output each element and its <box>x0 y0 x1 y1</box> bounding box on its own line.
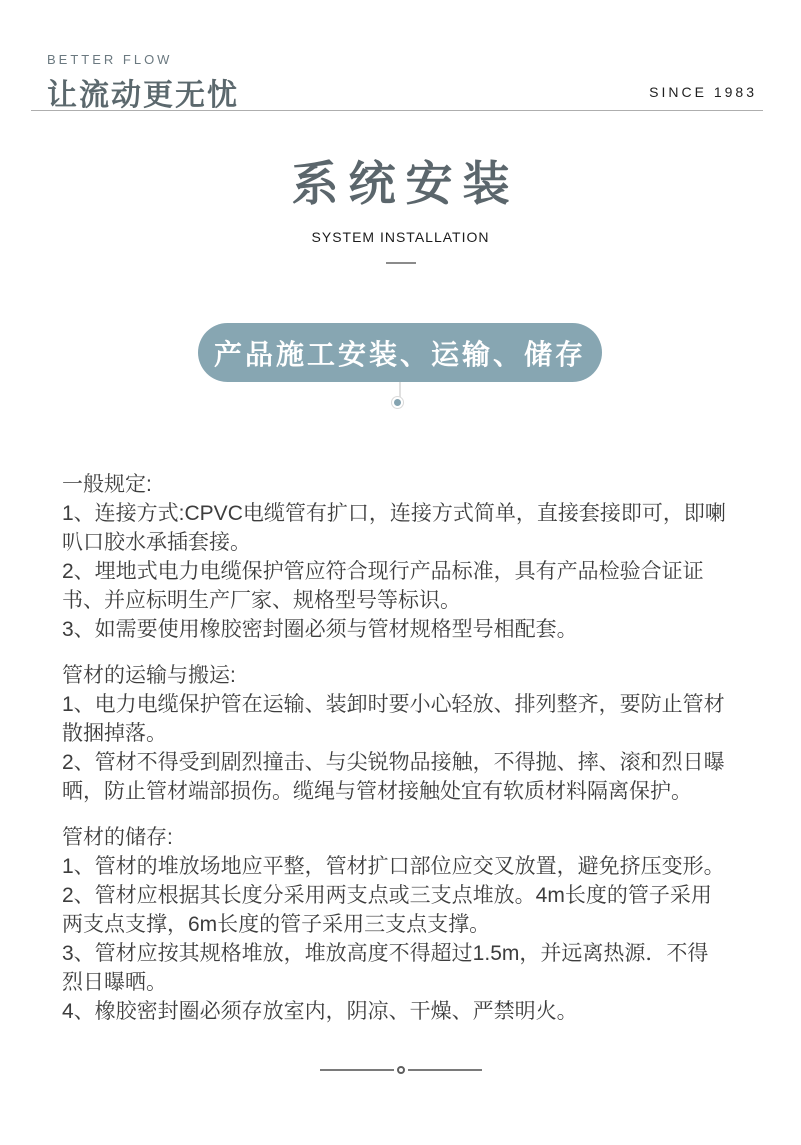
footer-line-right <box>408 1069 482 1071</box>
section-heading: 管材的运输与搬运: <box>62 661 752 690</box>
title-block: 系统安装 SYSTEM INSTALLATION <box>0 147 801 264</box>
section-storage: 管材的储存: 1、管材的堆放场地应平整，管材扩口部位应交叉放置，避免挤压变形。 … <box>62 823 752 1026</box>
section-heading: 管材的储存: <box>62 823 752 852</box>
brand-logo: BETTER FLOW 让流动更无忧 <box>47 52 239 114</box>
since-label: SINCE 1983 <box>649 84 757 100</box>
section-transport-handling: 管材的运输与搬运: 1、电力电缆保护管在运输、装卸时要小心轻放、排列整齐，要防止… <box>62 661 752 806</box>
banner-connector-line <box>399 382 401 398</box>
section-banner: 产品施工安装、运输、储存 <box>198 323 602 382</box>
section-heading: 一般规定: <box>62 470 752 499</box>
page-title: 系统安装 <box>0 147 801 214</box>
banner-connector-dot-icon <box>392 397 403 408</box>
page-subtitle: SYSTEM INSTALLATION <box>0 229 801 245</box>
header-divider <box>31 110 763 111</box>
title-dash-decoration <box>386 262 416 264</box>
footer-line-left <box>320 1069 394 1071</box>
brand-tagline: BETTER FLOW <box>47 52 239 67</box>
section-general-rules: 一般规定: 1、连接方式:CPVC电缆管有扩口，连接方式简单，直接套接即可，即喇… <box>62 470 752 644</box>
section-body: 1、电力电缆保护管在运输、装卸时要小心轻放、排列整齐，要防止管材 散捆掉落。 2… <box>62 690 752 806</box>
page: BETTER FLOW 让流动更无忧 SINCE 1983 系统安装 SYSTE… <box>0 0 801 1145</box>
section-body: 1、管材的堆放场地应平整，管材扩口部位应交叉放置，避免挤压变形。 2、管材应根据… <box>62 852 752 1026</box>
section-body: 1、连接方式:CPVC电缆管有扩口，连接方式简单，直接套接即可，即喇 叭口胶水承… <box>62 499 752 644</box>
content: 一般规定: 1、连接方式:CPVC电缆管有扩口，连接方式简单，直接套接即可，即喇… <box>62 470 752 1043</box>
footer-divider <box>0 1063 801 1077</box>
footer-circle-decoration-icon <box>397 1066 405 1074</box>
brand-logotype: 让流动更无忧 <box>47 70 239 114</box>
